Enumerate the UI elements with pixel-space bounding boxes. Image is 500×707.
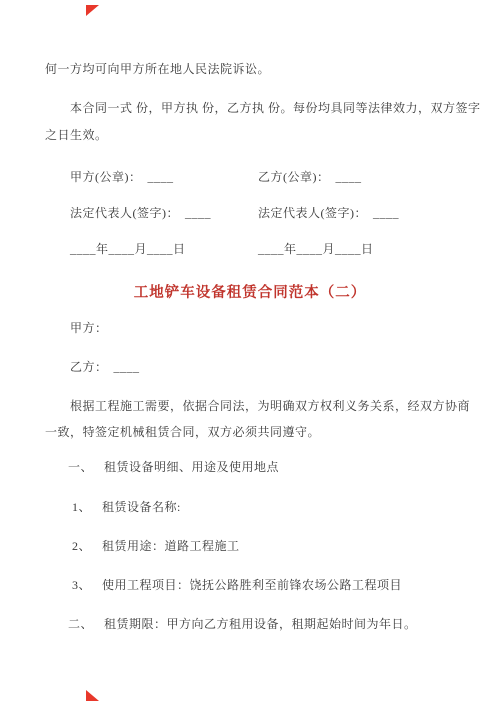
party-b-blank: ____ <box>114 360 140 374</box>
party-a-date-line: ____年____月____日 <box>70 242 186 256</box>
clause-number: 2、 <box>72 539 91 553</box>
preamble-line1: 根据工程施工需要，依据合同法，为明确双方权利义务关系，经双方协商 <box>70 399 470 413</box>
party-a-rep-sign-label: 法定代表人(签字)： <box>70 206 179 220</box>
party-a-seal-blank: ____ <box>148 170 174 184</box>
clause-item-3: 3、使用工程项目：饶抚公路胜利至前锋农场公路工程项目 <box>72 578 402 592</box>
party-a-seal-row: 甲方(公章)：____ <box>70 170 174 184</box>
party-a-rep-sign-blank: ____ <box>185 206 211 220</box>
clause-text: 租赁用途：道路工程施工 <box>102 539 240 553</box>
clause-text: 租赁设备名称: <box>102 500 181 514</box>
red-corner-mark-bottom-icon <box>86 690 99 701</box>
clause-text: 租赁设备明细、用途及使用地点 <box>104 460 279 474</box>
clause-number: 1、 <box>72 500 91 514</box>
preamble-line2: 一致，特签定机械租赁合同，双方必须共同遵守。 <box>45 425 320 439</box>
clause-item-1: 1、租赁设备名称: <box>72 500 181 514</box>
party-b-seal-row: 乙方(公章)：____ <box>258 170 362 184</box>
party-b-seal-blank: ____ <box>336 170 362 184</box>
copies-paragraph-line2: 之日生效。 <box>45 128 108 142</box>
contract-title: 工地铲车设备租赁合同范本（二） <box>0 281 500 302</box>
party-b-row: 乙方：____ <box>70 360 140 374</box>
clause-number: 3、 <box>72 578 91 592</box>
jurisdiction-line: 何一方均可向甲方所在地人民法院诉讼。 <box>45 62 270 76</box>
clause-section-1: 一、租赁设备明细、用途及使用地点 <box>68 460 279 474</box>
party-b-date-line: ____年____月____日 <box>258 242 374 256</box>
party-b-rep-sign-row: 法定代表人(签字)：____ <box>258 206 399 220</box>
party-b-label: 乙方： <box>70 360 108 374</box>
clause-number: 二、 <box>68 617 93 631</box>
clause-item-2: 2、租赁用途：道路工程施工 <box>72 539 240 553</box>
red-corner-mark-top-icon <box>86 5 99 16</box>
party-b-seal-label: 乙方(公章)： <box>258 170 330 184</box>
party-a-rep-sign-row: 法定代表人(签字)：____ <box>70 206 211 220</box>
clause-text: 租赁期限：甲方向乙方租用设备，租期起始时间为年日。 <box>104 617 417 631</box>
party-b-rep-sign-label: 法定代表人(签字)： <box>258 206 367 220</box>
contract-document-page: 何一方均可向甲方所在地人民法院诉讼。 本合同一式 份，甲方执 份，乙方执 份。每… <box>0 0 500 707</box>
clause-text: 使用工程项目：饶抚公路胜利至前锋农场公路工程项目 <box>102 578 402 592</box>
copies-paragraph-line1: 本合同一式 份，甲方执 份，乙方执 份。每份均具同等法律效力，双方签字 <box>70 101 481 115</box>
party-a-label: 甲方： <box>70 321 108 335</box>
clause-section-2: 二、租赁期限：甲方向乙方租用设备，租期起始时间为年日。 <box>68 617 417 631</box>
party-a-seal-label: 甲方(公章)： <box>70 170 142 184</box>
party-b-rep-sign-blank: ____ <box>373 206 399 220</box>
clause-number: 一、 <box>68 460 93 474</box>
